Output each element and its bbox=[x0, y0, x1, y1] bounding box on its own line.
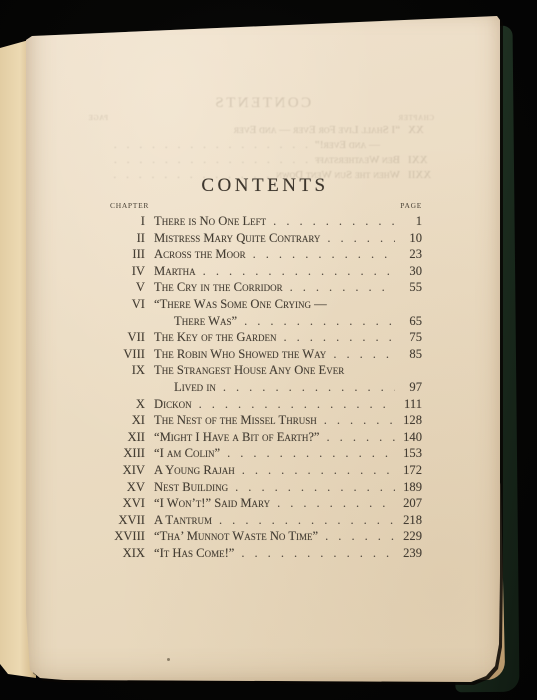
chapter-title: There is No One Left bbox=[154, 213, 266, 230]
page-number: 207 bbox=[395, 495, 422, 512]
page-number: 172 bbox=[395, 462, 422, 479]
toc-row: There Was”..............................… bbox=[108, 313, 422, 330]
toc-row: XII“Might I Have a Bit of Earth?”.......… bbox=[108, 429, 422, 446]
page-number: 97 bbox=[395, 379, 422, 396]
chapter-numeral: X bbox=[108, 396, 154, 413]
toc-row: VIIIThe Robin Who Showed the Way........… bbox=[108, 346, 422, 363]
dot-leader: ........................................ bbox=[326, 346, 395, 363]
page-number: 111 bbox=[395, 396, 422, 413]
dot-leader: ........................................ bbox=[317, 412, 395, 429]
chapter-title: “There Was Some One Crying — bbox=[154, 296, 327, 313]
page-number: 140 bbox=[395, 429, 422, 446]
chapter-title: “Might I Have a Bit of Earth?” bbox=[154, 429, 320, 446]
showthrough-row: XXIBen Weatherstaff.....................… bbox=[84, 153, 434, 168]
page-number: 23 bbox=[395, 246, 422, 263]
chapter-numeral bbox=[400, 138, 434, 153]
chapter-numeral: XIV bbox=[108, 462, 154, 479]
dot-leader: ........................................ bbox=[192, 396, 395, 413]
chapter-numeral: XXI bbox=[400, 153, 434, 168]
toc-row: XDickon.................................… bbox=[108, 396, 422, 413]
dot-leader: ........................................ bbox=[318, 528, 395, 545]
page-number: 65 bbox=[395, 313, 422, 330]
showthrough-header: CHAPTER PAGE bbox=[60, 113, 464, 123]
toc-row: IVMartha................................… bbox=[108, 263, 422, 280]
page-number: 75 bbox=[395, 329, 422, 346]
chapter-numeral: XVI bbox=[108, 495, 154, 512]
paper-speck bbox=[167, 658, 170, 661]
toc-row: IThere is No One Left...................… bbox=[108, 213, 422, 230]
dot-leader: ........................................ bbox=[196, 263, 395, 280]
page-number: 128 bbox=[395, 412, 422, 429]
chapter-title: Nest Building bbox=[154, 479, 228, 496]
toc-row: XVI“I Won’t!” Said Mary.................… bbox=[108, 495, 422, 512]
toc-row: XIThe Nest of the Missel Thrush.........… bbox=[108, 412, 422, 429]
showthrough-title: CONTENTS bbox=[60, 94, 464, 113]
chapter-numeral: II bbox=[108, 230, 154, 247]
chapter-numeral bbox=[108, 313, 154, 330]
showthrough-text: CONTENTS CHAPTER PAGE XX“I Shall Live Fo… bbox=[60, 94, 464, 183]
showthrough-row: — and Ever!”............................… bbox=[84, 138, 434, 153]
chapter-title: Ben Weatherstaff bbox=[315, 153, 400, 168]
chapter-title: — and Ever!” bbox=[315, 138, 400, 153]
showthrough-row: XX“I Shall Live For Ever — and Ever bbox=[84, 123, 434, 138]
chapter-column-label: CHAPTER bbox=[110, 200, 149, 211]
chapter-title: The Robin Who Showed the Way bbox=[154, 346, 326, 363]
chapter-numeral bbox=[108, 379, 154, 396]
dot-leader: ........................................ bbox=[104, 153, 315, 168]
chapter-title: “It Has Come!” bbox=[154, 545, 234, 562]
chapter-numeral: IX bbox=[108, 362, 154, 379]
toc-row: IXThe Strangest House Any One Ever bbox=[108, 362, 422, 379]
toc-rows: IThere is No One Left...................… bbox=[108, 213, 422, 561]
chapter-title: The Cry in the Corridor bbox=[154, 279, 283, 296]
dot-leader: ........................................ bbox=[235, 462, 395, 479]
chapter-title: The Key of the Garden bbox=[154, 329, 276, 346]
toc-column-headers: CHAPTER PAGE bbox=[108, 200, 422, 211]
chapter-title: Lived in bbox=[154, 379, 216, 396]
page-number bbox=[84, 138, 104, 153]
page-number: 153 bbox=[395, 445, 422, 462]
chapter-title: “I am Colin” bbox=[154, 445, 220, 462]
toc-row: XVNest Building.........................… bbox=[108, 479, 422, 496]
toc-row: XVIIA Tantrum...........................… bbox=[108, 512, 422, 529]
toc-row: IIIAcross the Moor......................… bbox=[108, 246, 422, 263]
dot-leader: ........................................ bbox=[320, 230, 395, 247]
dot-leader: ........................................ bbox=[237, 313, 395, 330]
chapter-title: “I Won’t!” Said Mary bbox=[154, 495, 270, 512]
page-column-label: PAGE bbox=[400, 200, 422, 211]
chapter-numeral: VII bbox=[108, 329, 154, 346]
chapter-numeral: VI bbox=[108, 296, 154, 313]
chapter-numeral: I bbox=[108, 213, 154, 230]
page-title: CONTENTS bbox=[108, 174, 422, 198]
chapter-title: Martha bbox=[154, 263, 196, 280]
page-number: 189 bbox=[395, 479, 422, 496]
chapter-title: The Nest of the Missel Thrush bbox=[154, 412, 317, 429]
page-number: 55 bbox=[395, 279, 422, 296]
chapter-numeral: III bbox=[108, 246, 154, 263]
toc-row: Lived in................................… bbox=[108, 379, 422, 396]
book-photo-scene: CONTENTS CHAPTER PAGE XX“I Shall Live Fo… bbox=[0, 0, 537, 700]
page-number: 30 bbox=[395, 263, 422, 280]
chapter-numeral: IV bbox=[108, 263, 154, 280]
page-number: 1 bbox=[395, 213, 422, 230]
dot-leader: ........................................ bbox=[266, 213, 395, 230]
showthrough-page-label: PAGE bbox=[88, 113, 108, 123]
contents-page: CONTENTS CHAPTER PAGE XX“I Shall Live Fo… bbox=[24, 14, 500, 686]
chapter-title: “Tha’ Munnot Waste No Time” bbox=[154, 528, 318, 545]
chapter-numeral: XIX bbox=[108, 545, 154, 562]
dot-leader: ........................................ bbox=[216, 379, 395, 396]
chapter-title: “I Shall Live For Ever — and Ever bbox=[234, 123, 400, 138]
table-of-contents: CONTENTS CHAPTER PAGE IThere is No One L… bbox=[108, 174, 422, 561]
chapter-title: There Was” bbox=[154, 313, 237, 330]
page-number: 229 bbox=[395, 528, 422, 545]
chapter-title: Mistress Mary Quite Contrary bbox=[154, 230, 320, 247]
toc-row: VI“There Was Some One Crying — bbox=[108, 296, 422, 313]
chapter-numeral: V bbox=[108, 279, 154, 296]
toc-row: XIVA Young Rajah........................… bbox=[108, 462, 422, 479]
chapter-numeral: XV bbox=[108, 479, 154, 496]
dot-leader: ........................................ bbox=[276, 329, 395, 346]
chapter-title: Across the Moor bbox=[154, 246, 246, 263]
page-number: 239 bbox=[395, 545, 422, 562]
chapter-numeral: VIII bbox=[108, 346, 154, 363]
page-number: 10 bbox=[395, 230, 422, 247]
toc-row: VThe Cry in the Corridor................… bbox=[108, 279, 422, 296]
chapter-numeral: XVIII bbox=[108, 528, 154, 545]
page-number: 218 bbox=[395, 512, 422, 529]
dot-leader: ........................................ bbox=[270, 495, 395, 512]
toc-row: XIII“I am Colin”........................… bbox=[108, 445, 422, 462]
page-number bbox=[84, 153, 104, 168]
dot-leader: ........................................ bbox=[212, 512, 395, 529]
toc-row: VIIThe Key of the Garden................… bbox=[108, 329, 422, 346]
chapter-title: A Tantrum bbox=[154, 512, 212, 529]
chapter-numeral: XII bbox=[108, 429, 154, 446]
dot-leader: ........................................ bbox=[283, 279, 395, 296]
showthrough-chapter-label: CHAPTER bbox=[398, 113, 434, 123]
chapter-title: The Strangest House Any One Ever bbox=[154, 362, 344, 379]
toc-row: XIX“It Has Come!”.......................… bbox=[108, 545, 422, 562]
chapter-numeral: XX bbox=[400, 123, 434, 138]
toc-row: IIMistress Mary Quite Contrary..........… bbox=[108, 230, 422, 247]
dot-leader: ........................................ bbox=[220, 445, 395, 462]
toc-row: XVIII“Tha’ Munnot Waste No Time”........… bbox=[108, 528, 422, 545]
chapter-numeral: XIII bbox=[108, 445, 154, 462]
chapter-numeral: XI bbox=[108, 412, 154, 429]
dot-leader: ........................................ bbox=[320, 429, 395, 446]
page-number bbox=[84, 168, 104, 183]
chapter-numeral: XVII bbox=[108, 512, 154, 529]
chapter-title: Dickon bbox=[154, 396, 192, 413]
chapter-title: A Young Rajah bbox=[154, 462, 235, 479]
page-number: 85 bbox=[395, 346, 422, 363]
dot-leader: ........................................ bbox=[228, 479, 395, 496]
dot-leader: ........................................ bbox=[246, 246, 395, 263]
dot-leader: ........................................ bbox=[234, 545, 395, 562]
dot-leader: ........................................ bbox=[104, 138, 315, 153]
